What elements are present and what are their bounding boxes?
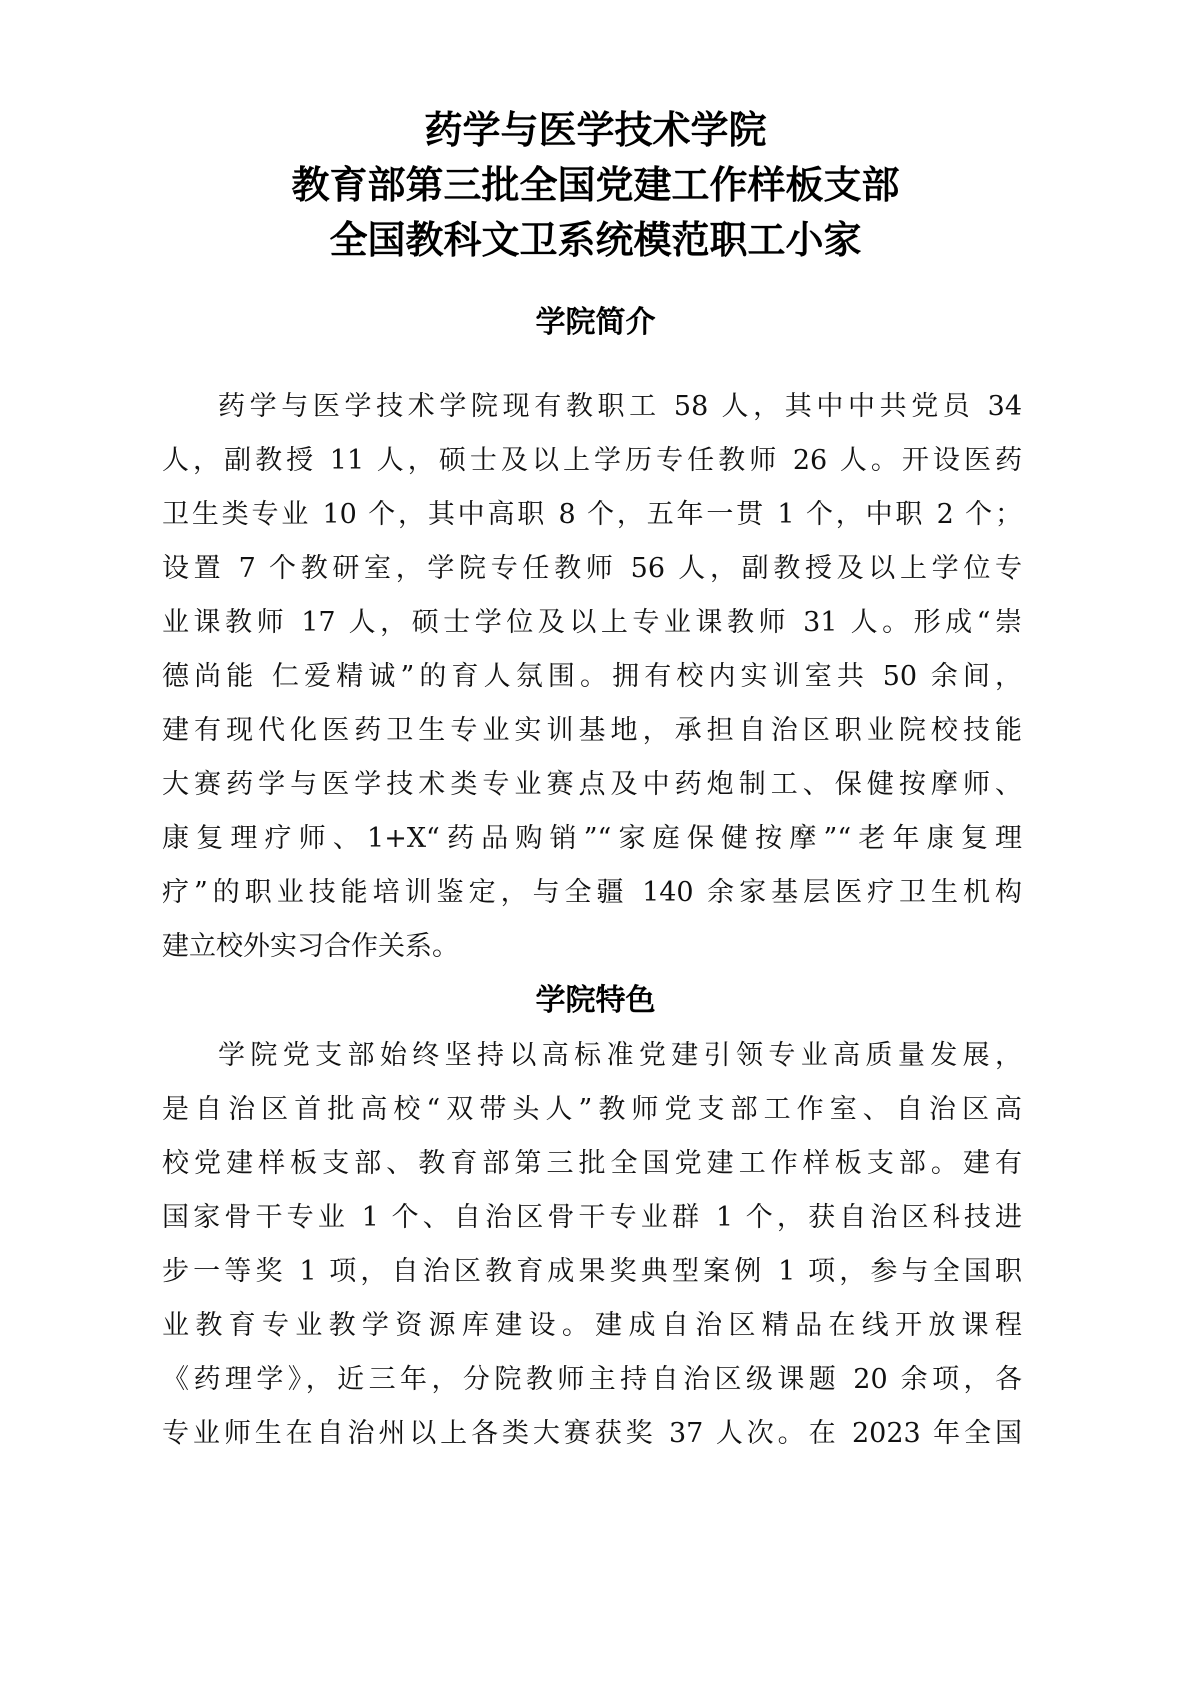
intro-paragraph-line: 建立校外实习合作关系。	[162, 929, 1022, 965]
features-paragraph-line: 国家骨干专业 1 个、自治区骨干专业群 1 个，获自治区科技进	[162, 1200, 1022, 1236]
section-heading-features: 学院特色	[0, 983, 1191, 1019]
intro-paragraph-line: 设置 7 个教研室，学院专任教师 56 人，副教授及以上学位专	[162, 551, 1022, 587]
intro-paragraph-line: 德尚能 仁爱精诚”的育人氛围。拥有校内实训室共 50 余间，	[162, 659, 1022, 695]
features-paragraph-line: 校党建样板支部、教育部第三批全国党建工作样板支部。建有	[162, 1146, 1022, 1182]
intro-paragraph-line: 疗”的职业技能培训鉴定，与全疆 140 余家基层医疗卫生机构	[162, 875, 1022, 911]
title-line-3: 全国教科文卫系统模范职工小家	[0, 218, 1191, 262]
document-page: 药学与医学技术学院 教育部第三批全国党建工作样板支部 全国教科文卫系统模范职工小…	[0, 0, 1191, 1684]
intro-paragraph-line: 卫生类专业 10 个，其中高职 8 个，五年一贯 1 个，中职 2 个；	[162, 497, 1022, 533]
features-paragraph-line: 专业师生在自治州以上各类大赛获奖 37 人次。在 2023 年全国	[162, 1416, 1022, 1452]
features-paragraph-line: 《药理学》，近三年，分院教师主持自治区级课题 20 余项，各	[162, 1362, 1022, 1398]
section-heading-intro: 学院简介	[0, 305, 1191, 341]
features-paragraph-line: 是自治区首批高校“双带头人”教师党支部工作室、自治区高	[162, 1092, 1022, 1128]
title-line-1: 药学与医学技术学院	[0, 108, 1191, 152]
intro-paragraph-line: 康复理疗师、1+X“药品购销”“家庭保健按摩”“老年康复理	[162, 821, 1022, 857]
features-paragraph-line: 步一等奖 1 项，自治区教育成果奖典型案例 1 项，参与全国职	[162, 1254, 1022, 1290]
title-line-2: 教育部第三批全国党建工作样板支部	[0, 163, 1191, 207]
intro-paragraph-line: 建有现代化医药卫生专业实训基地，承担自治区职业院校技能	[162, 713, 1022, 749]
intro-paragraph-line: 业课教师 17 人，硕士学位及以上专业课教师 31 人。形成“崇	[162, 605, 1022, 641]
features-paragraph-line: 业教育专业教学资源库建设。建成自治区精品在线开放课程	[162, 1308, 1022, 1344]
features-paragraph-line: 学院党支部始终坚持以高标准党建引领专业高质量发展，	[218, 1038, 1022, 1074]
intro-paragraph-line: 人，副教授 11 人，硕士及以上学历专任教师 26 人。开设医药	[162, 443, 1022, 479]
intro-paragraph-line: 药学与医学技术学院现有教职工 58 人，其中中共党员 34	[218, 389, 1022, 425]
intro-paragraph-line: 大赛药学与医学技术类专业赛点及中药炮制工、保健按摩师、	[162, 767, 1022, 803]
